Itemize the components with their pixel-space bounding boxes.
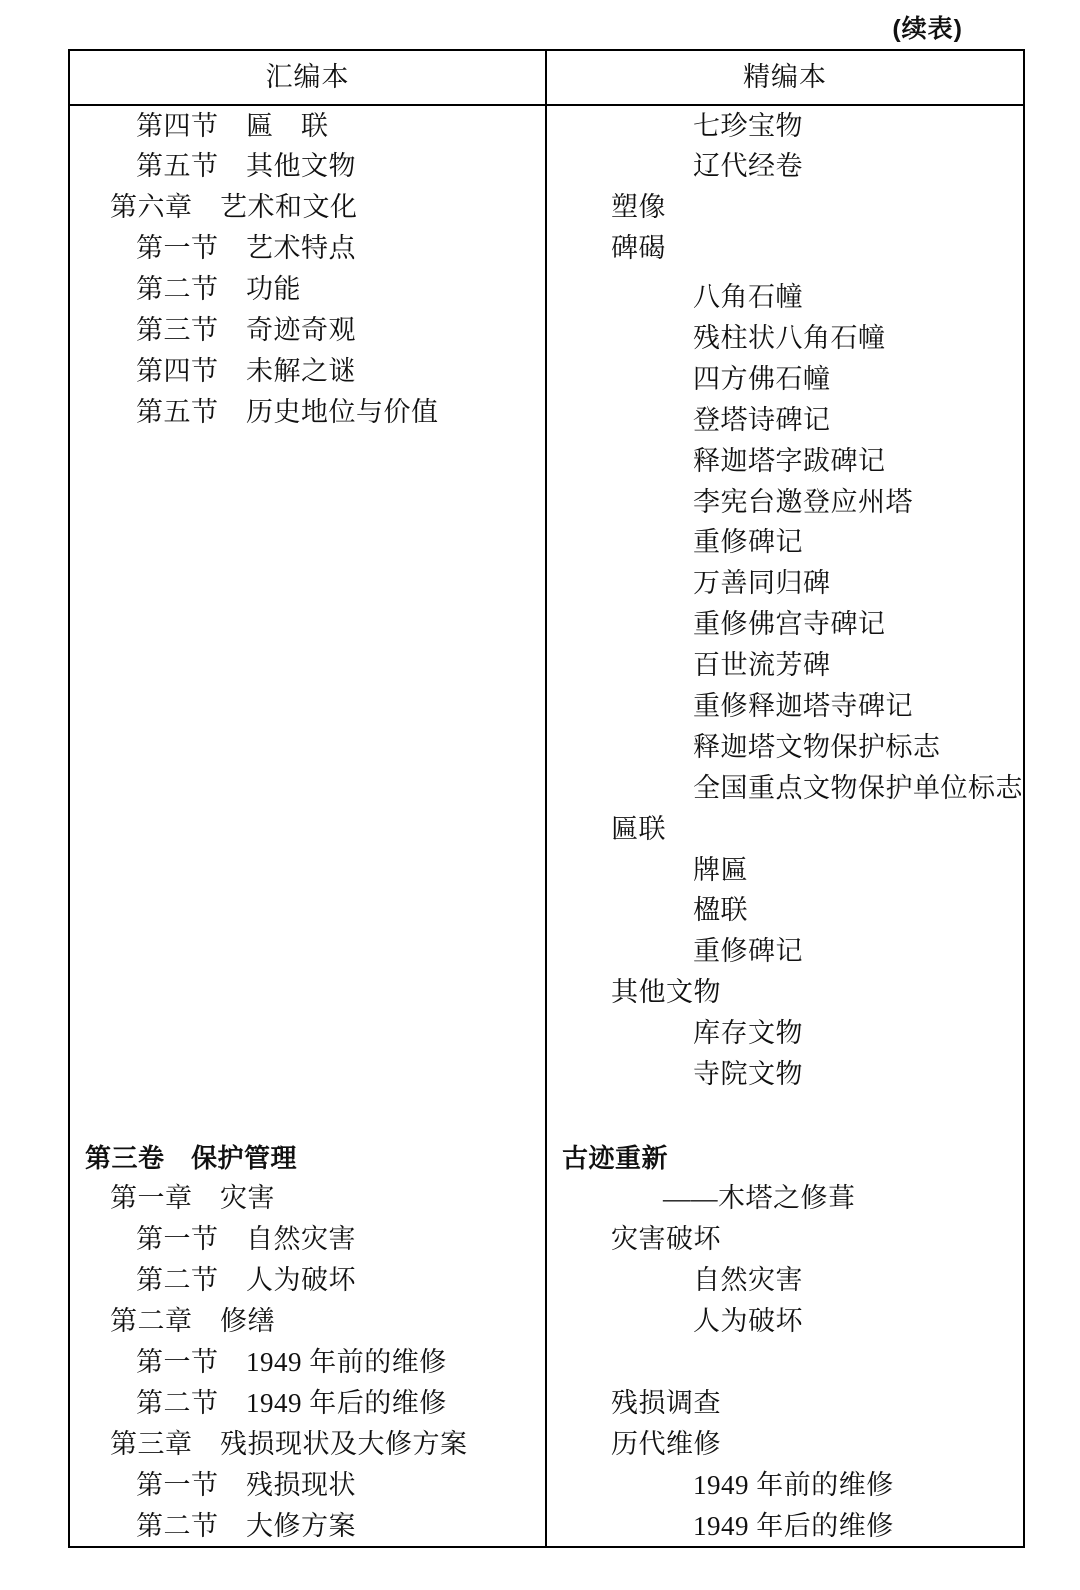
toc-row: 第三节 奇迹奇观 [70,310,545,351]
toc-row-blank [547,1342,1023,1383]
toc-row: 辽代经卷 [547,146,1023,187]
toc-row: 第二节 人为破坏 [70,1260,545,1301]
toc-row: 七珍宝物 [547,106,1023,147]
toc-row: 寺院文物 [547,1054,1023,1095]
toc-row: 第二章 修缮 [70,1301,545,1342]
toc-row: 楹联 [547,890,1023,931]
toc-row: 重修释迦塔寺碑记 [547,686,1023,727]
toc-row: 匾联 [547,809,1023,850]
toc-row: 重修碑记 [547,931,1023,972]
toc-row: 第六章 艺术和文化 [70,187,545,228]
toc-row: 第四节 未解之谜 [70,351,545,392]
toc-row: 第二节 功能 [70,269,545,310]
table-header-compiled-edition: 汇编本 [70,51,547,104]
toc-row: 其他文物 [547,972,1023,1013]
toc-row: 第一节 艺术特点 [70,228,545,269]
toc-row: 李宪台邀登应州塔 [547,482,1023,523]
compiled-edition-toc-top-section: 第四节 匾 联第五节 其他文物第六章 艺术和文化第一节 艺术特点第二节 功能第三… [70,106,545,433]
compiled-edition-toc-bottom-section: 第三卷 保护管理第一章 灾害第一节 自然灾害第二节 人为破坏第二章 修缮第一节 … [70,1138,545,1547]
refined-edition-toc-top-section: 七珍宝物辽代经卷塑像碑碣八角石幢残柱状八角石幢四方佛石幢登塔诗碑记释迦塔字跋碑记… [547,106,1023,1095]
edition-comparison-table: 汇编本 精编本 第四节 匾 联第五节 其他文物第六章 艺术和文化第一节 艺术特点… [68,49,1025,1548]
refined-edition-column: 七珍宝物辽代经卷塑像碑碣八角石幢残柱状八角石幢四方佛石幢登塔诗碑记释迦塔字跋碑记… [547,106,1023,1547]
toc-row: 第一章 灾害 [70,1178,545,1219]
table-header-refined-edition: 精编本 [547,51,1023,104]
toc-row: 古迹重新 [547,1138,1023,1179]
toc-row: 重修佛宫寺碑记 [547,604,1023,645]
toc-row: 灾害破坏 [547,1219,1023,1260]
toc-row: 第三卷 保护管理 [70,1138,545,1179]
toc-row: 重修碑记 [547,522,1023,563]
toc-row: 全国重点文物保护单位标志 [547,768,1023,809]
continued-table-label: (续表) [892,9,963,45]
table-header-row: 汇编本 精编本 [70,51,1023,106]
toc-row: 第四节 匾 联 [70,106,545,147]
toc-row: 登塔诗碑记 [547,400,1023,441]
toc-row: 第一节 1949 年前的维修 [70,1342,545,1383]
toc-row: 万善同归碑 [547,563,1023,604]
toc-row: 1949 年前的维修 [547,1465,1023,1506]
toc-row: 八角石幢 [547,277,1023,318]
toc-row: 第三章 残损现状及大修方案 [70,1424,545,1465]
toc-row: 释迦塔字跋碑记 [547,441,1023,482]
toc-row: 第二节 大修方案 [70,1506,545,1547]
toc-row: 塑像 [547,187,1023,228]
toc-row: 第五节 其他文物 [70,146,545,187]
toc-row: 历代维修 [547,1424,1023,1465]
toc-row: 百世流芳碑 [547,645,1023,686]
toc-row: 第一节 残损现状 [70,1465,545,1506]
toc-row: 第二节 1949 年后的维修 [70,1383,545,1424]
toc-row: 库存文物 [547,1013,1023,1054]
book-page: (续表) 汇编本 精编本 第四节 匾 联第五节 其他文物第六章 艺术和文化第一节… [0,0,1080,1590]
toc-row: 残损调查 [547,1383,1023,1424]
toc-row: 自然灾害 [547,1260,1023,1301]
toc-row: 碑碣 [547,228,1023,269]
toc-row: 四方佛石幢 [547,359,1023,400]
toc-row: 第五节 历史地位与价值 [70,392,545,433]
toc-row: ——木塔之修葺 [547,1178,1023,1219]
table-body: 第四节 匾 联第五节 其他文物第六章 艺术和文化第一节 艺术特点第二节 功能第三… [70,106,1023,1547]
toc-row: 第一节 自然灾害 [70,1219,545,1260]
toc-row: 牌匾 [547,850,1023,891]
toc-row: 残柱状八角石幢 [547,318,1023,359]
compiled-edition-column: 第四节 匾 联第五节 其他文物第六章 艺术和文化第一节 艺术特点第二节 功能第三… [70,106,547,1547]
toc-row: 1949 年后的维修 [547,1506,1023,1547]
toc-row: 释迦塔文物保护标志 [547,727,1023,768]
refined-edition-toc-bottom-section: 古迹重新——木塔之修葺灾害破坏自然灾害人为破坏残损调查历代维修1949 年前的维… [547,1138,1023,1547]
toc-row: 人为破坏 [547,1301,1023,1342]
